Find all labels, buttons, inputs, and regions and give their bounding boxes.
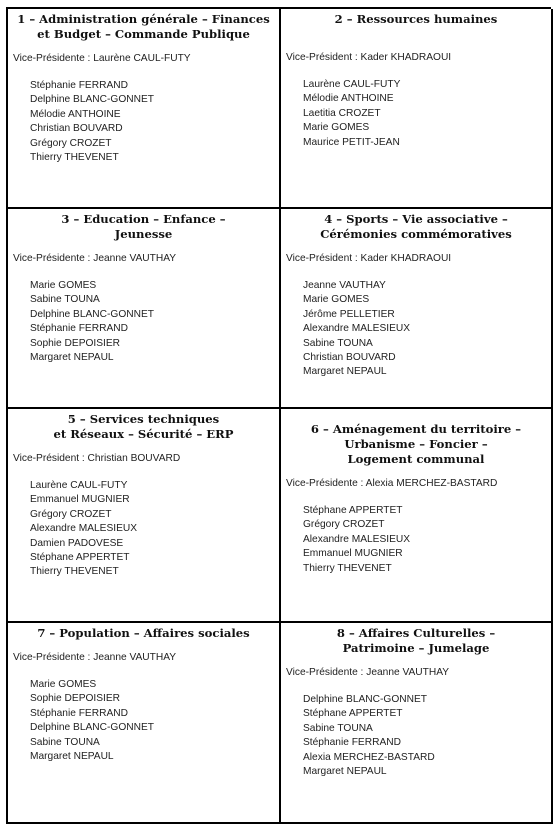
- member: Alexandre MALESIEUX: [303, 533, 551, 547]
- member: Laurène CAUL-FUTY: [30, 479, 279, 493]
- member: Mélodie ANTHOINE: [30, 108, 279, 122]
- member: Margaret NEPAUL: [30, 750, 279, 764]
- title-line: 1 – Administration générale – Finances: [12, 12, 275, 27]
- title-line: Logement communal: [285, 452, 547, 467]
- member: Stéphanie FERRAND: [30, 322, 279, 336]
- title-line: et Budget – Commande Publique: [12, 27, 275, 42]
- member: Marie GOMES: [303, 121, 551, 135]
- title-line: 4 – Sports – Vie associative –: [285, 212, 547, 227]
- member: Damien PADOVESE: [30, 537, 279, 551]
- vice-president: Vice-Président : Christian BOUVARD: [13, 453, 279, 464]
- title-line: Jeunesse: [12, 227, 275, 242]
- member: Stéphanie FERRAND: [30, 79, 279, 93]
- member: Jérôme PELLETIER: [303, 308, 551, 322]
- vice-president: Vice-Présidente : Laurène CAUL-FUTY: [13, 53, 279, 64]
- commission-cell-6: 6 – Aménagement du territoire – Urbanism…: [281, 409, 553, 623]
- vice-president: Vice-Présidente : Jeanne VAUTHAY: [13, 652, 279, 663]
- member: Stéphanie FERRAND: [303, 736, 551, 750]
- title-line: Cérémonies commémoratives: [285, 227, 547, 242]
- vice-president: Vice-Président : Kader KHADRAOUI: [286, 253, 551, 264]
- commission-title: 8 – Affaires Culturelles – Patrimoine – …: [285, 626, 547, 656]
- member: Thierry THEVENET: [303, 562, 551, 576]
- member: Emmanuel MUGNIER: [303, 547, 551, 561]
- vice-president: Vice-Présidente : Jeanne VAUTHAY: [13, 253, 279, 264]
- member-list: Stéphanie FERRAND Delphine BLANC-GONNET …: [30, 79, 279, 165]
- member: Grégory CROZET: [30, 508, 279, 522]
- member: Sabine TOUNA: [30, 293, 279, 307]
- member: Sabine TOUNA: [303, 337, 551, 351]
- vice-president: Vice-Présidente : Alexia MERCHEZ-BASTARD: [286, 478, 551, 489]
- commission-title: 5 – Services techniques et Réseaux – Séc…: [12, 412, 275, 442]
- member: Margaret NEPAUL: [30, 351, 279, 365]
- commission-title: 2 – Ressources humaines: [285, 12, 547, 27]
- member-list: Jeanne VAUTHAY Marie GOMES Jérôme PELLET…: [303, 279, 551, 380]
- member: Marie GOMES: [303, 293, 551, 307]
- member-list: Marie GOMES Sophie DEPOISIER Stéphanie F…: [30, 678, 279, 764]
- commission-title: 7 – Population – Affaires sociales: [12, 626, 275, 641]
- commission-cell-5: 5 – Services techniques et Réseaux – Séc…: [8, 409, 281, 623]
- member: Thierry THEVENET: [30, 565, 279, 579]
- commission-title: 4 – Sports – Vie associative – Cérémonie…: [285, 212, 547, 242]
- member: Alexandre MALESIEUX: [303, 322, 551, 336]
- commission-cell-4: 4 – Sports – Vie associative – Cérémonie…: [281, 209, 553, 409]
- title-line: 6 – Aménagement du territoire –: [285, 422, 547, 437]
- member: Emmanuel MUGNIER: [30, 493, 279, 507]
- vice-president: Vice-Présidente : Jeanne VAUTHAY: [286, 667, 551, 678]
- title-line: 2 – Ressources humaines: [285, 12, 547, 27]
- member: Christian BOUVARD: [303, 351, 551, 365]
- member: Sophie DEPOISIER: [30, 337, 279, 351]
- vice-president: Vice-Président : Kader KHADRAOUI: [286, 52, 551, 63]
- member: Laetitia CROZET: [303, 107, 551, 121]
- title-line: Urbanisme – Foncier –: [285, 437, 547, 452]
- member: Margaret NEPAUL: [303, 765, 551, 779]
- member-list: Delphine BLANC-GONNET Stéphane APPERTET …: [303, 693, 551, 779]
- member: Sabine TOUNA: [30, 736, 279, 750]
- member: Maurice PETIT-JEAN: [303, 136, 551, 150]
- member: Sophie DEPOISIER: [30, 692, 279, 706]
- commission-title: 6 – Aménagement du territoire – Urbanism…: [285, 422, 547, 467]
- member: Thierry THEVENET: [30, 151, 279, 165]
- member: Jeanne VAUTHAY: [303, 279, 551, 293]
- member: Delphine BLANC-GONNET: [30, 93, 279, 107]
- member: Grégory CROZET: [30, 137, 279, 151]
- commissions-table: 1 – Administration générale – Finances e…: [6, 7, 551, 824]
- member: Marie GOMES: [30, 279, 279, 293]
- title-line: 5 – Services techniques: [12, 412, 275, 427]
- member: Alexia MERCHEZ-BASTARD: [303, 751, 551, 765]
- commission-cell-7: 7 – Population – Affaires sociales Vice-…: [8, 623, 281, 824]
- title-line: 7 – Population – Affaires sociales: [12, 626, 275, 641]
- member-list: Laurène CAUL-FUTY Emmanuel MUGNIER Grégo…: [30, 479, 279, 580]
- member-list: Stéphane APPERTET Grégory CROZET Alexand…: [303, 504, 551, 576]
- member: Alexandre MALESIEUX: [30, 522, 279, 536]
- member: Sabine TOUNA: [303, 722, 551, 736]
- commission-title: 1 – Administration générale – Finances e…: [12, 12, 275, 42]
- member: Delphine BLANC-GONNET: [30, 308, 279, 322]
- title-line: 8 – Affaires Culturelles –: [285, 626, 547, 641]
- member: Grégory CROZET: [303, 518, 551, 532]
- commission-cell-8: 8 – Affaires Culturelles – Patrimoine – …: [281, 623, 553, 824]
- member: Delphine BLANC-GONNET: [30, 721, 279, 735]
- member: Stéphane APPERTET: [303, 504, 551, 518]
- commission-cell-1: 1 – Administration générale – Finances e…: [8, 9, 281, 209]
- member: Laurène CAUL-FUTY: [303, 78, 551, 92]
- member-list: Laurène CAUL-FUTY Mélodie ANTHOINE Laeti…: [303, 78, 551, 150]
- member: Mélodie ANTHOINE: [303, 92, 551, 106]
- member-list: Marie GOMES Sabine TOUNA Delphine BLANC-…: [30, 279, 279, 365]
- member: Stéphane APPERTET: [303, 707, 551, 721]
- title-line: et Réseaux – Sécurité – ERP: [12, 427, 275, 442]
- commission-cell-3: 3 – Education – Enfance – Jeunesse Vice-…: [8, 209, 281, 409]
- member: Margaret NEPAUL: [303, 365, 551, 379]
- member: Delphine BLANC-GONNET: [303, 693, 551, 707]
- commission-cell-2: 2 – Ressources humaines Vice-Président :…: [281, 9, 553, 209]
- member: Marie GOMES: [30, 678, 279, 692]
- member: Stéphane APPERTET: [30, 551, 279, 565]
- title-line: Patrimoine – Jumelage: [285, 641, 547, 656]
- commission-title: 3 – Education – Enfance – Jeunesse: [12, 212, 275, 242]
- title-line: 3 – Education – Enfance –: [12, 212, 275, 227]
- member: Stéphanie FERRAND: [30, 707, 279, 721]
- member: Christian BOUVARD: [30, 122, 279, 136]
